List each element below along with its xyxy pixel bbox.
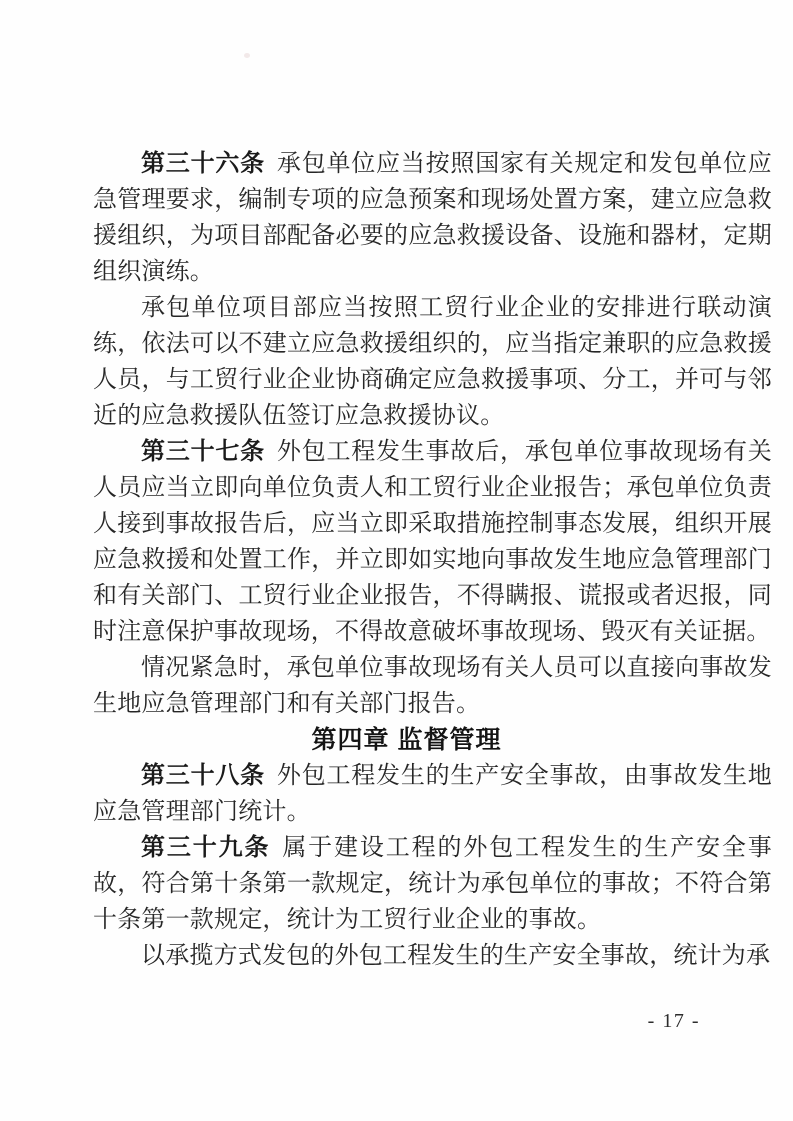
article-number: 第三十九条 bbox=[141, 834, 270, 861]
page-number: - 17 - bbox=[648, 1010, 700, 1032]
body-paragraph: 情况紧急时，承包单位事故现场有关人员可以直接向事故发生地应急管理部门和有关部门报… bbox=[93, 650, 772, 722]
body-paragraph: 承包单位项目部应当按照工贸行业企业的安排进行联动演练，依法可以不建立应急救援组织… bbox=[93, 290, 772, 434]
paragraph-text: 情况紧急时，承包单位事故现场有关人员可以直接向事故发生地应急管理部门和有关部门报… bbox=[93, 655, 772, 717]
article-number: 第三十七条 bbox=[141, 438, 265, 465]
article-number: 第三十八条 bbox=[141, 762, 265, 789]
body-paragraph: 以承揽方式发包的外包工程发生的生产安全事故，统计为承 bbox=[93, 938, 772, 974]
scan-smudge bbox=[244, 53, 250, 58]
document-page: 第三十六条承包单位应当按照国家有关规定和发包单位应急管理要求，编制专项的应急预案… bbox=[0, 0, 793, 1121]
article-paragraph: 第三十七条外包工程发生事故后，承包单位事故现场有关人员应当立即向单位负责人和工贸… bbox=[93, 434, 772, 650]
article-paragraph: 第三十九条属于建设工程的外包工程发生的生产安全事故，符合第十条第一款规定，统计为… bbox=[93, 830, 772, 938]
article-paragraph: 第三十六条承包单位应当按照国家有关规定和发包单位应急管理要求，编制专项的应急预案… bbox=[93, 146, 772, 290]
document-body: 第三十六条承包单位应当按照国家有关规定和发包单位应急管理要求，编制专项的应急预案… bbox=[93, 146, 772, 974]
paragraph-text: 承包单位项目部应当按照工贸行业企业的安排进行联动演练，依法可以不建立应急救援组织… bbox=[93, 295, 772, 429]
article-number: 第三十六条 bbox=[141, 150, 265, 177]
paragraph-text: 外包工程发生事故后，承包单位事故现场有关人员应当立即向单位负责人和工贸行业企业报… bbox=[93, 439, 772, 645]
chapter-heading: 第四章 监督管理 bbox=[93, 722, 772, 758]
paragraph-text: 以承揽方式发包的外包工程发生的生产安全事故，统计为承 bbox=[141, 943, 770, 969]
article-paragraph: 第三十八条外包工程发生的生产安全事故，由事故发生地应急管理部门统计。 bbox=[93, 758, 772, 830]
